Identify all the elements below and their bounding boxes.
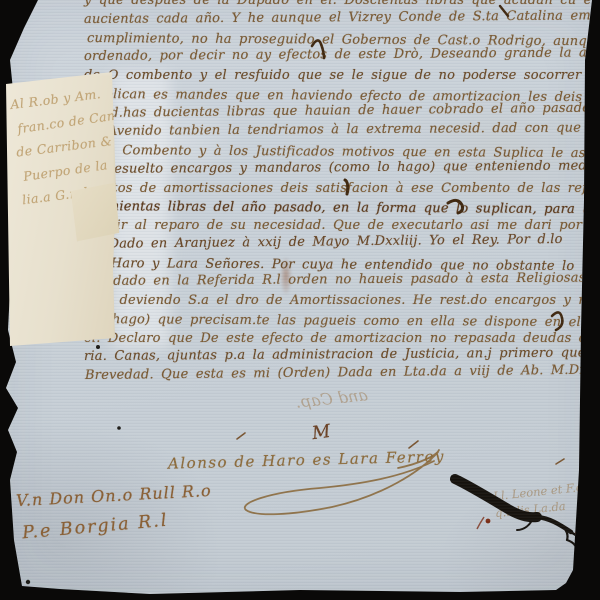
manuscript-body: y que despues de la Dupado en el. Doscie… <box>84 0 596 392</box>
ms-line-17: està deviendo S.a el dro de Amortissacio… <box>84 292 596 311</box>
approval-signature-1: V.n Don On.o Rull R.o <box>16 481 212 510</box>
slip-torn-tab <box>69 181 121 243</box>
ms-line-18: (lo hago) que precisam.te las pagueis co… <box>87 311 596 333</box>
ms-line-5: de O combento y el resfuido que se le si… <box>84 67 596 86</box>
main-signature: Alonso de Haro es Lara Ferrey <box>168 447 445 472</box>
approval-signature-2: P.e Borgia R.l <box>21 511 169 544</box>
ms-line-10: he resuelto encargos y mandaros (como lo… <box>84 157 596 179</box>
rubric-mark: M <box>311 421 332 444</box>
ms-line-8: he Avenido tanbien la tendriamos à la ex… <box>84 120 596 142</box>
ms-line-11: efectos de amortissaciones deis satisfac… <box>84 180 596 199</box>
ms-line-21: Brevedad. Que esta es mi (Orden) Dada en… <box>85 362 596 386</box>
ms-line-12: Quinientas libras del año pasado, en la … <box>87 198 596 220</box>
ms-line-4: ordenado, por decir no ay efectos de est… <box>84 45 596 67</box>
manuscript-photo: y que despues de la Dupado en el. Doscie… <box>0 0 600 600</box>
faint-right-annotation: Ll. Leone et F.o rò q.adis La.da <box>492 478 595 522</box>
ms-line-2: aucientas cada año. Y he aunque el Vizre… <box>84 7 596 29</box>
red-ink-flecks <box>477 517 579 535</box>
ms-line-16: mandado en la Referida R.l orden no haue… <box>84 270 596 292</box>
